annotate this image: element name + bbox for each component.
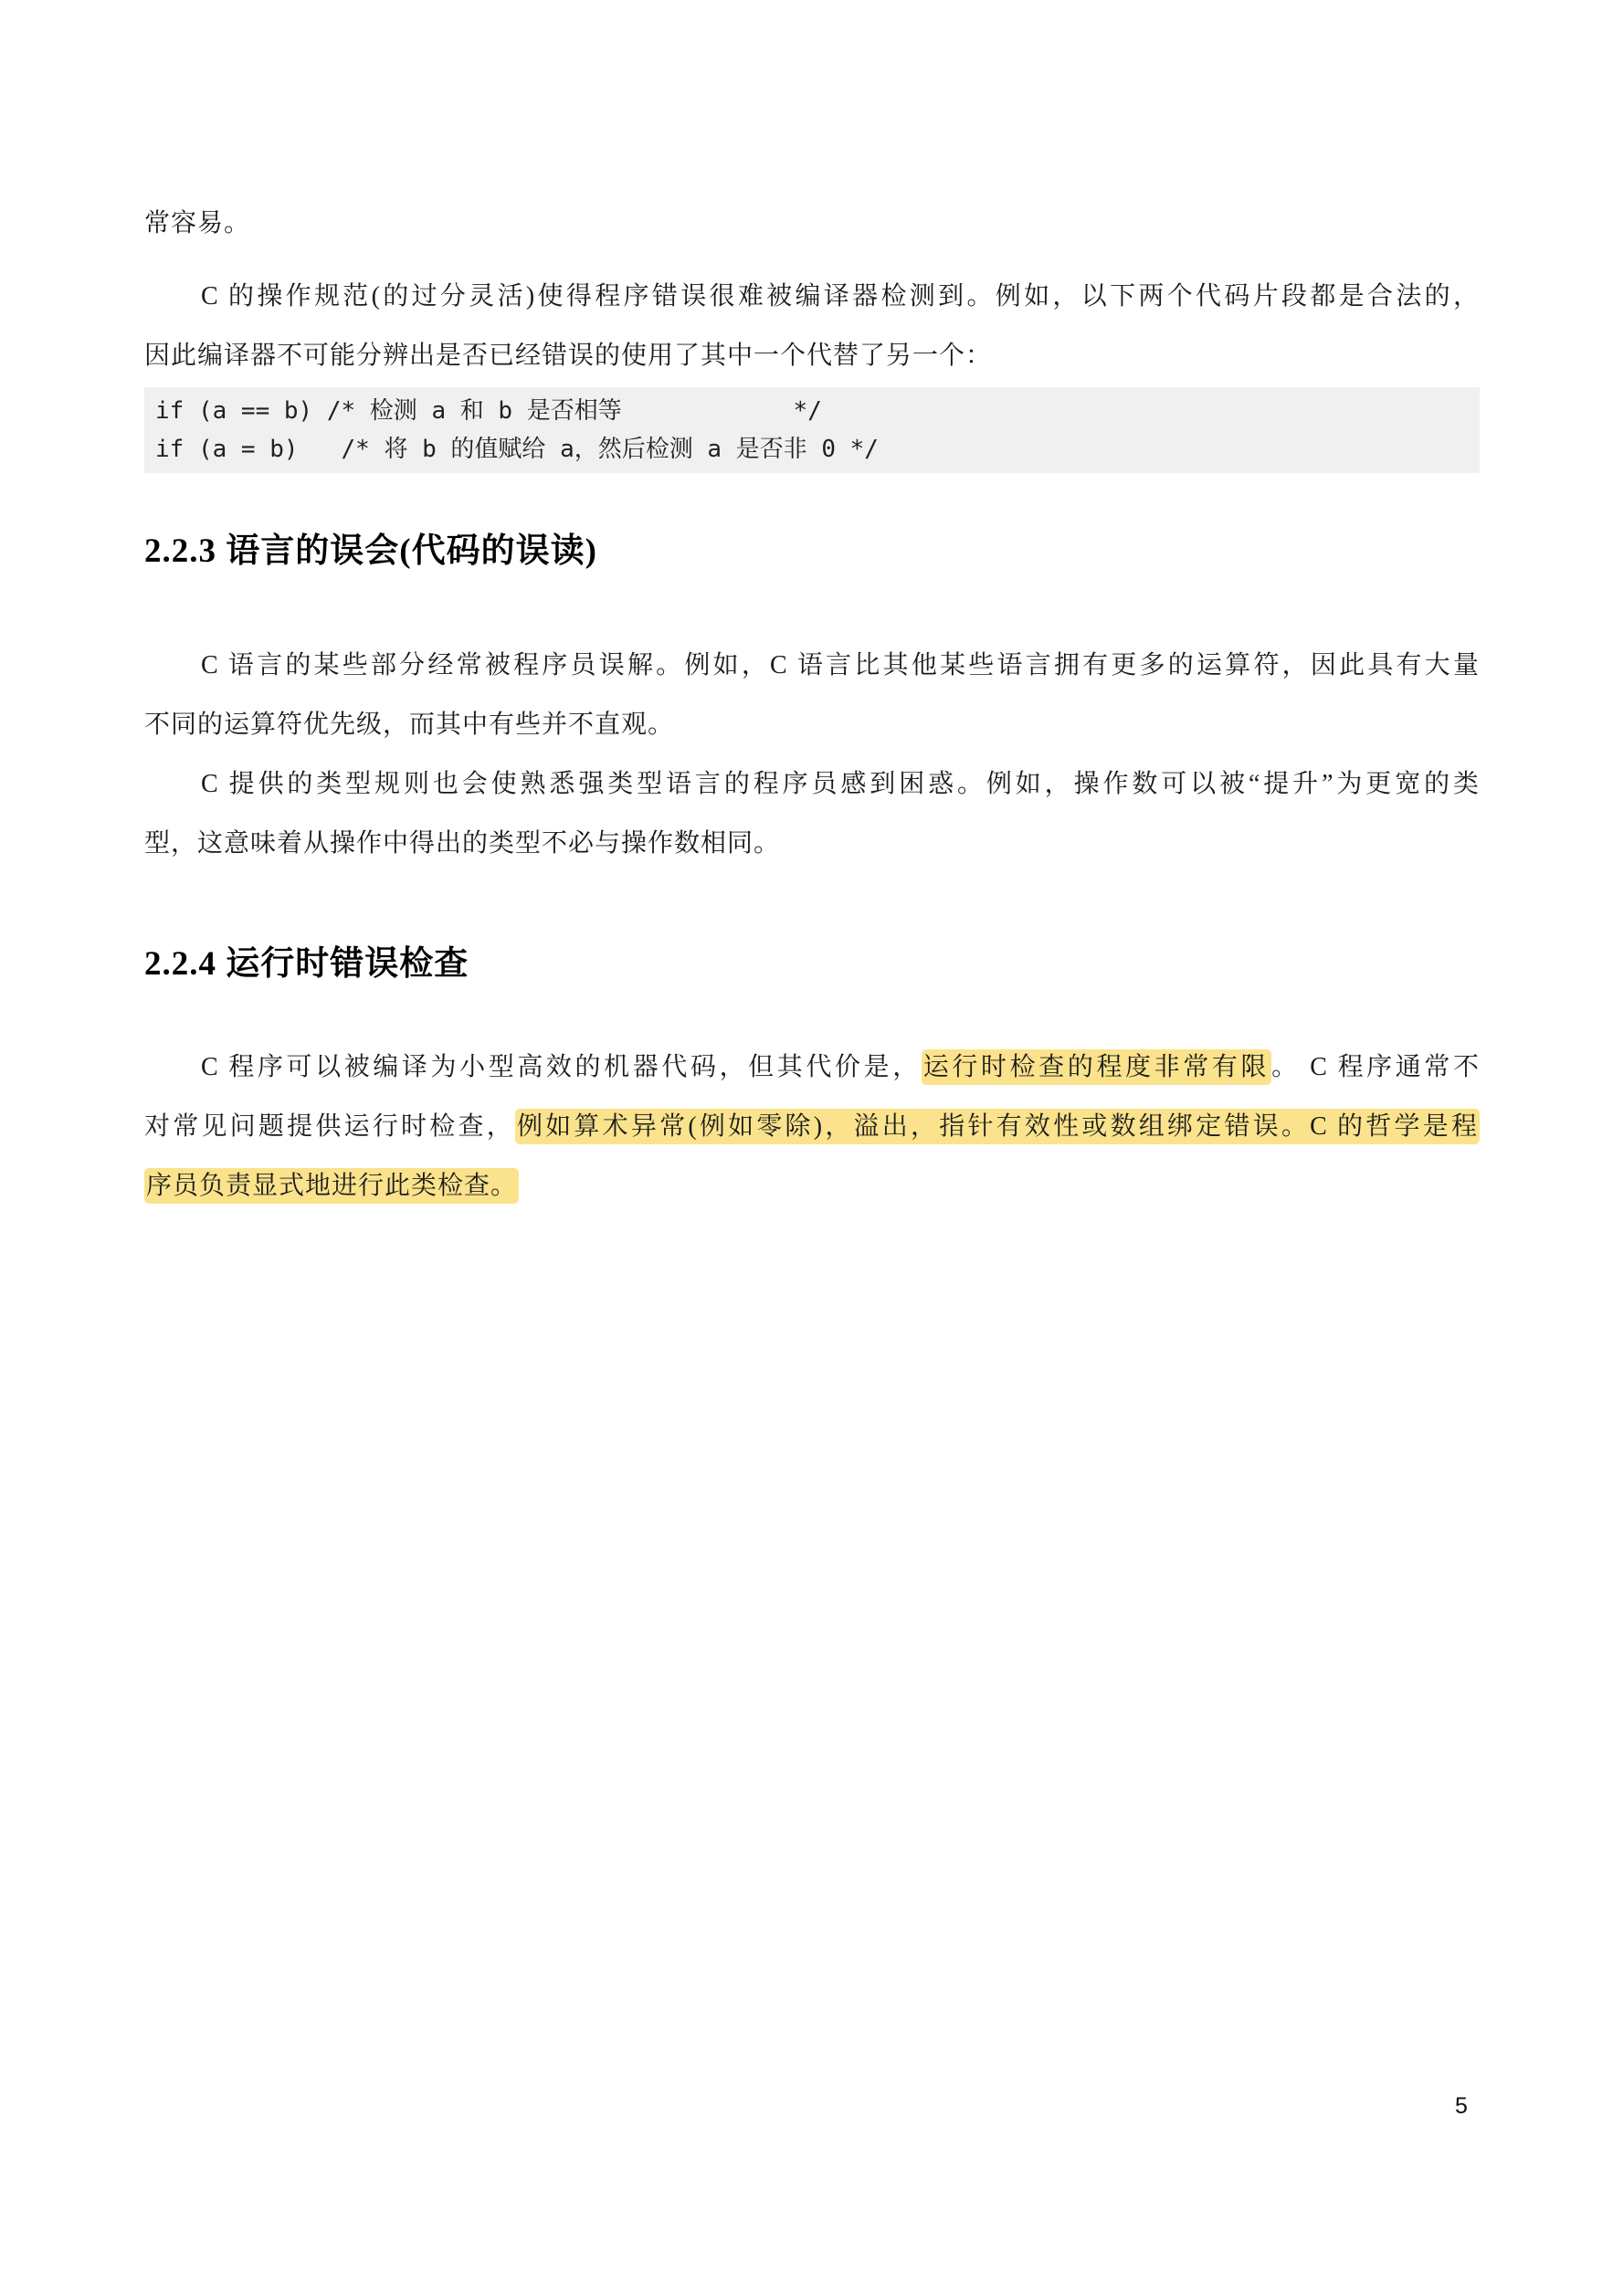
paragraph-line: 对常见问题提供运行时检查，例如算术异常(例如零除)，溢出，指针有效性或数组绑定错… (144, 1097, 1480, 1156)
paragraph-line: C 程序可以被编译为小型高效的机器代码，但其代价是，运行时检查的程度非常有限。 … (144, 1037, 1480, 1097)
paragraph-line: 因此编译器不可能分辨出是否已经错误的使用了其中一个代替了另一个： (144, 326, 1480, 385)
document-body: 常容易。 C 的操作规范(的过分灵活)使得程序错误很难被编译器检测到。例如，以下… (144, 0, 1480, 1216)
paragraph-line: 序员负责显式地进行此类检查。 (144, 1156, 1480, 1216)
paragraph-line: 型，这意味着从操作中得出的类型不必与操作数相同。 (144, 814, 1480, 873)
plain-text: 。 C 程序通常不 (1271, 1053, 1480, 1081)
highlighted-text: 例如算术异常(例如零除)，溢出，指针有效性或数组绑定错误。C 的哲学是程 (515, 1109, 1480, 1144)
paragraph-line: C 提供的类型规则也会使熟悉强类型语言的程序员感到困惑。例如，操作数可以被“提升… (144, 754, 1480, 814)
section-heading-223: 2.2.3 语言的误会(代码的误读) (144, 523, 1480, 580)
paragraph-line: C 的操作规范(的过分灵活)使得程序错误很难被编译器检测到。例如，以下两个代码片… (144, 267, 1480, 326)
document-page: 常容易。 C 的操作规范(的过分灵活)使得程序错误很难被编译器检测到。例如，以下… (0, 0, 1623, 2296)
code-line-2: if (a = b) /* 将 b 的值赋给 a，然后检测 a 是否非 0 */ (155, 430, 1469, 469)
plain-text: 对常见问题提供运行时检查， (144, 1112, 515, 1141)
section-heading-224: 2.2.4 运行时错误检查 (144, 936, 1480, 993)
paragraph-line: 不同的运算符优先级，而其中有些并不直观。 (144, 695, 1480, 754)
plain-text: C 程序可以被编译为小型高效的机器代码，但其代价是， (201, 1053, 922, 1081)
code-line-1: if (a == b) /* 检测 a 和 b 是否相等 */ (155, 392, 1469, 430)
page-number: 5 (1455, 2093, 1468, 2120)
highlighted-text: 运行时检查的程度非常有限 (922, 1049, 1271, 1085)
continuation-line: 常容易。 (144, 194, 1480, 253)
highlighted-text: 序员负责显式地进行此类检查。 (144, 1168, 519, 1204)
paragraph-line: C 语言的某些部分经常被程序员误解。例如，C 语言比其他某些语言拥有更多的运算符… (144, 636, 1480, 695)
code-block: if (a == b) /* 检测 a 和 b 是否相等 */if (a = b… (144, 387, 1480, 473)
